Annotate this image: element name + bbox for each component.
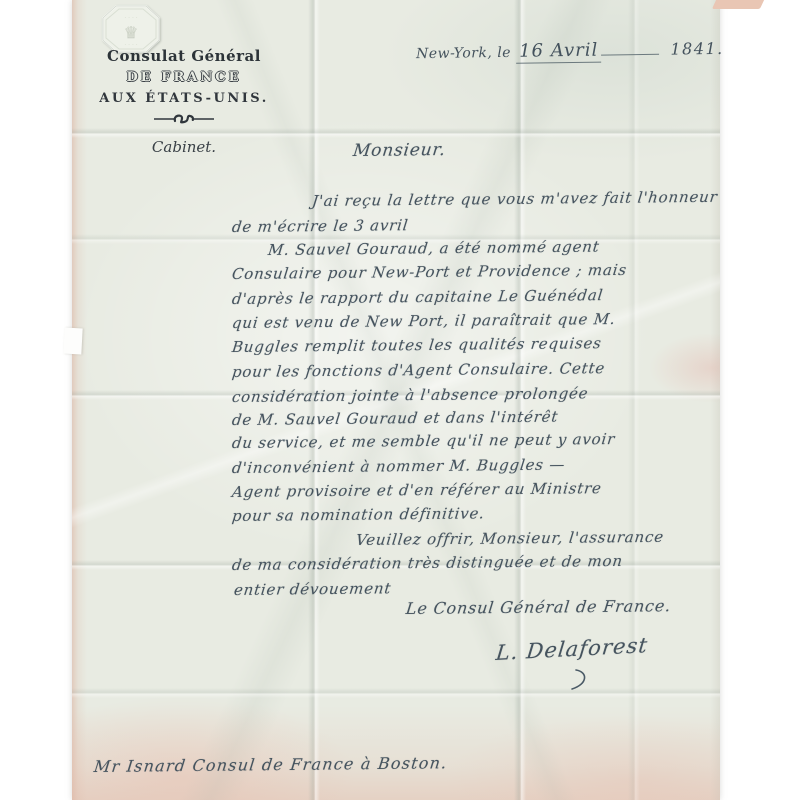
signature: L. Delaforest	[495, 633, 649, 665]
seal-text-top: · · · ·	[124, 15, 137, 22]
crown-icon: ♛	[124, 23, 138, 42]
handwritten-line: pour les fonctions d'Agent Consulaire. C…	[231, 359, 606, 381]
handwritten-line: Veuillez offrir, Monsieur, l'assurance	[355, 528, 665, 549]
handwritten-line: de m'écrire le 3 avril	[231, 216, 409, 236]
letterhead-line3: AUX ÉTATS-UNIS.	[98, 91, 270, 106]
handwritten-line: Buggles remplit toutes les qualités requ…	[231, 334, 603, 356]
handwritten-line: du service, et me semble qu'il ne peut y…	[231, 430, 616, 452]
handwritten-line: entier dévouement	[233, 579, 392, 599]
fold-crease-horizontal	[72, 688, 720, 698]
handwritten-line: pour sa nomination définitive.	[231, 504, 486, 525]
dateline-year: 1841.	[670, 39, 724, 59]
scanned-letter-photo: · · · · ♛ · · · · Consulat Général DE FR…	[0, 0, 800, 800]
dateline-printed-prefix: New-York, le	[416, 45, 511, 62]
letterhead: Consulat Général DE FRANCE AUX ÉTATS-UNI…	[98, 47, 270, 156]
signoff: Le Consul Général de France.	[405, 596, 672, 618]
dateline-rule	[601, 39, 659, 55]
handwritten-line: de M. Sauvel Gouraud et dans l'intérêt	[231, 408, 559, 429]
handwritten-line: considération jointe à l'absence prolong…	[231, 384, 589, 406]
letter-paper: · · · · ♛ · · · · Consulat Général DE FR…	[72, 0, 720, 800]
handwritten-line: Agent provisoire et d'en référer au Mini…	[231, 479, 603, 501]
handwritten-line: d'après le rapport du capitaine Le Guéné…	[231, 286, 604, 308]
handwritten-line: d'inconvénient à nommer M. Buggles —	[231, 456, 566, 477]
handwritten-line: qui est venu de New Port, il paraîtrait …	[231, 310, 617, 332]
handwritten-line: J'ai reçu la lettre que vous m'avez fait…	[311, 188, 719, 210]
handwritten-line: de ma considération très distinguée et d…	[231, 552, 624, 574]
signature-flourish-icon	[564, 668, 594, 696]
letterhead-line1: Consulat Général	[98, 47, 270, 65]
salutation: Monsieur.	[352, 140, 447, 161]
flourish-ornament-icon	[98, 110, 270, 129]
dateline: New-York, le 16 Avril 1841.	[416, 38, 724, 63]
paper-scrap	[712, 0, 764, 9]
recipient-address-line: Mr Isnard Consul de France à Boston.	[93, 753, 449, 776]
handwritten-line: M. Sauvel Gouraud, a été nommé agent	[267, 238, 601, 259]
letterhead-cabinet: Cabinet.	[98, 138, 270, 156]
paper-tear	[63, 328, 82, 355]
handwritten-line: Consulaire pour New-Port et Providence ;…	[231, 261, 628, 283]
fold-crease-vertical	[628, 0, 640, 800]
letterhead-line2: DE FRANCE	[98, 70, 270, 85]
dateline-handwritten-date: 16 Avril	[516, 40, 602, 64]
